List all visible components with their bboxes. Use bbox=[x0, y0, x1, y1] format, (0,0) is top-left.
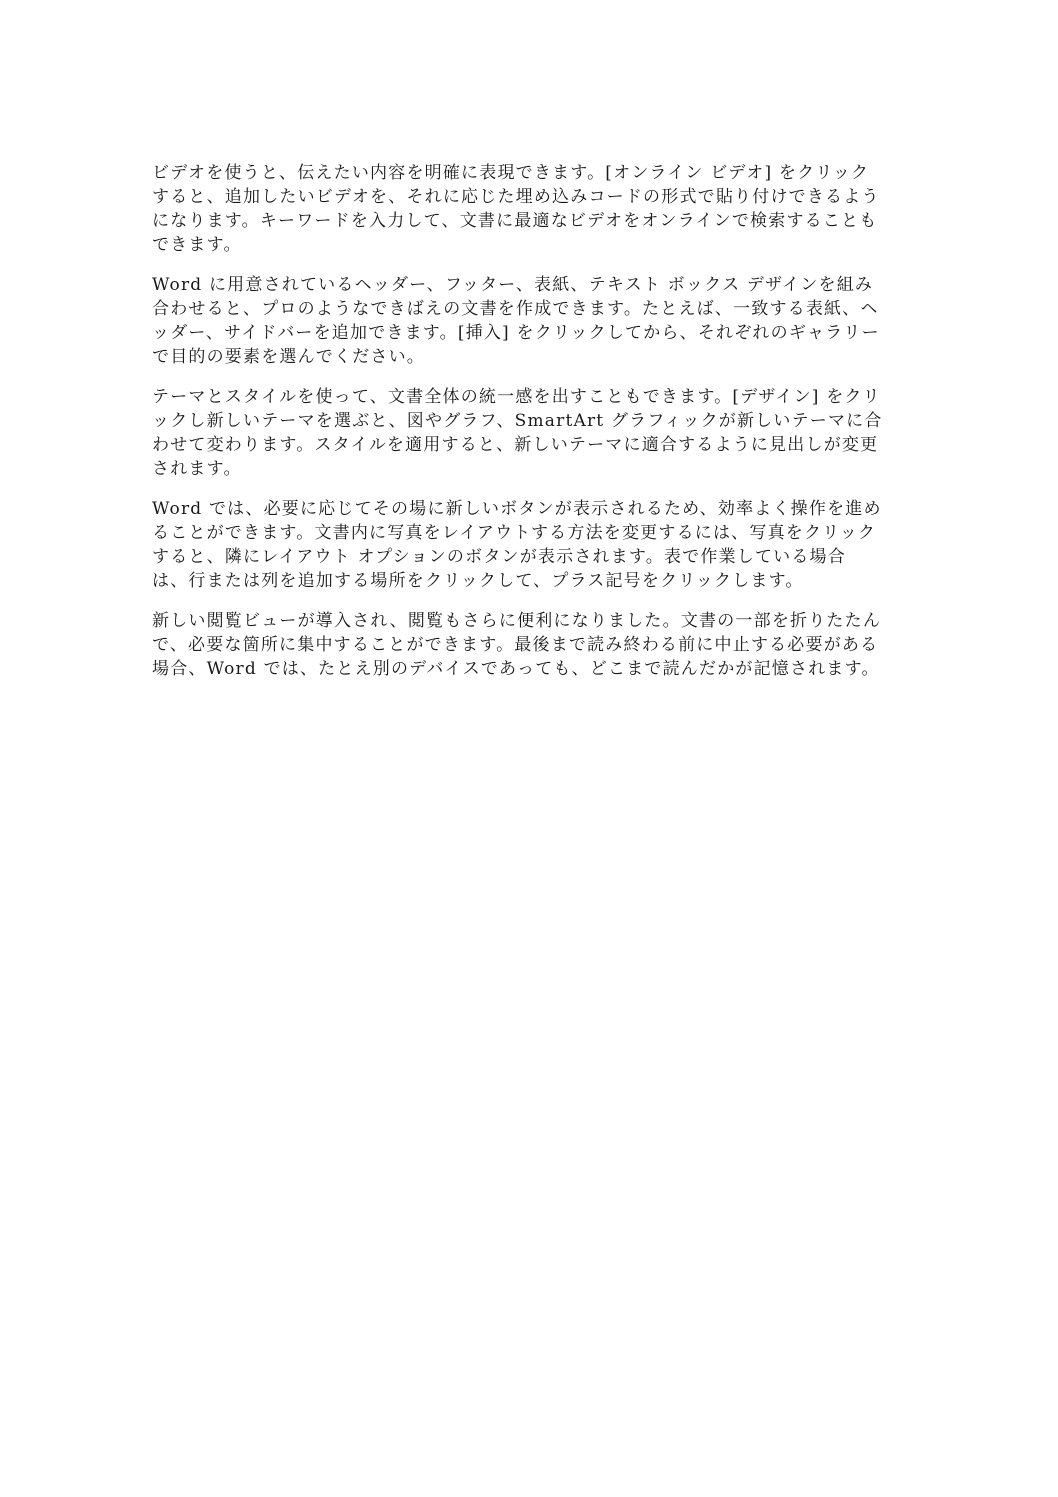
text-line: 合わせると、プロのようなできばえの文書を作成できます。たとえば、一致する表紙、ヘ bbox=[152, 297, 912, 321]
text-line: できます。 bbox=[152, 233, 912, 257]
text-line: Word に用意されているヘッダー、フッター、表紙、テキスト ボックス デザイン… bbox=[152, 273, 912, 297]
paragraph-online-video: ビデオを使うと、伝えたい内容を明確に表現できます。[オンライン ビデオ] をクリ… bbox=[152, 161, 912, 257]
text-line: 新しい閲覧ビューが導入され、閲覧もさらに便利になりました。文書の一部を折りたたん bbox=[152, 609, 912, 633]
text-line: すると、隣にレイアウト オプションのボタンが表示されます。表で作業している場合 bbox=[152, 545, 912, 569]
text-line: テーマとスタイルを使って、文書全体の統一感を出すこともできます。[デザイン] を… bbox=[152, 385, 912, 409]
text-line: されます。 bbox=[152, 457, 912, 481]
text-line: ッダー、サイドバーを追加できます。[挿入] をクリックしてから、それぞれのギャラ… bbox=[152, 321, 912, 345]
text-line: で目的の要素を選んでください。 bbox=[152, 345, 912, 369]
text-line: すると、追加したいビデオを、それに応じた埋め込みコードの形式で貼り付けできるよう bbox=[152, 185, 912, 209]
text-line: わせて変わります。スタイルを適用すると、新しいテーマに適合するように見出しが変更 bbox=[152, 433, 912, 457]
paragraph-reading-view: 新しい閲覧ビューが導入され、閲覧もさらに便利になりました。文書の一部を折りたたん… bbox=[152, 609, 912, 681]
text-line: ビデオを使うと、伝えたい内容を明確に表現できます。[オンライン ビデオ] をクリ… bbox=[152, 161, 912, 185]
paragraph-contextual-buttons: Word では、必要に応じてその場に新しいボタンが表示されるため、効率よく操作を… bbox=[152, 497, 912, 593]
text-line: ることができます。文書内に写真をレイアウトする方法を変更するには、写真をクリック bbox=[152, 521, 912, 545]
text-line: は、行または列を追加する場所をクリックして、プラス記号をクリックします。 bbox=[152, 569, 912, 593]
text-line: で、必要な箇所に集中することができます。最後まで読み終わる前に中止する必要がある bbox=[152, 633, 912, 657]
text-line: になります。キーワードを入力して、文書に最適なビデオをオンラインで検索することも bbox=[152, 209, 912, 233]
document-body: ビデオを使うと、伝えたい内容を明確に表現できます。[オンライン ビデオ] をクリ… bbox=[152, 161, 912, 697]
paragraph-themes-styles: テーマとスタイルを使って、文書全体の統一感を出すこともできます。[デザイン] を… bbox=[152, 385, 912, 481]
text-line: ックし新しいテーマを選ぶと、図やグラフ、SmartArt グラフィックが新しいテ… bbox=[152, 409, 912, 433]
paragraph-header-footer: Word に用意されているヘッダー、フッター、表紙、テキスト ボックス デザイン… bbox=[152, 273, 912, 369]
document-page: ビデオを使うと、伝えたい内容を明確に表現できます。[オンライン ビデオ] をクリ… bbox=[0, 0, 1058, 1497]
text-line: 場合、Word では、たとえ別のデバイスであっても、どこまで読んだかが記憶されま… bbox=[152, 657, 912, 681]
text-line: Word では、必要に応じてその場に新しいボタンが表示されるため、効率よく操作を… bbox=[152, 497, 912, 521]
